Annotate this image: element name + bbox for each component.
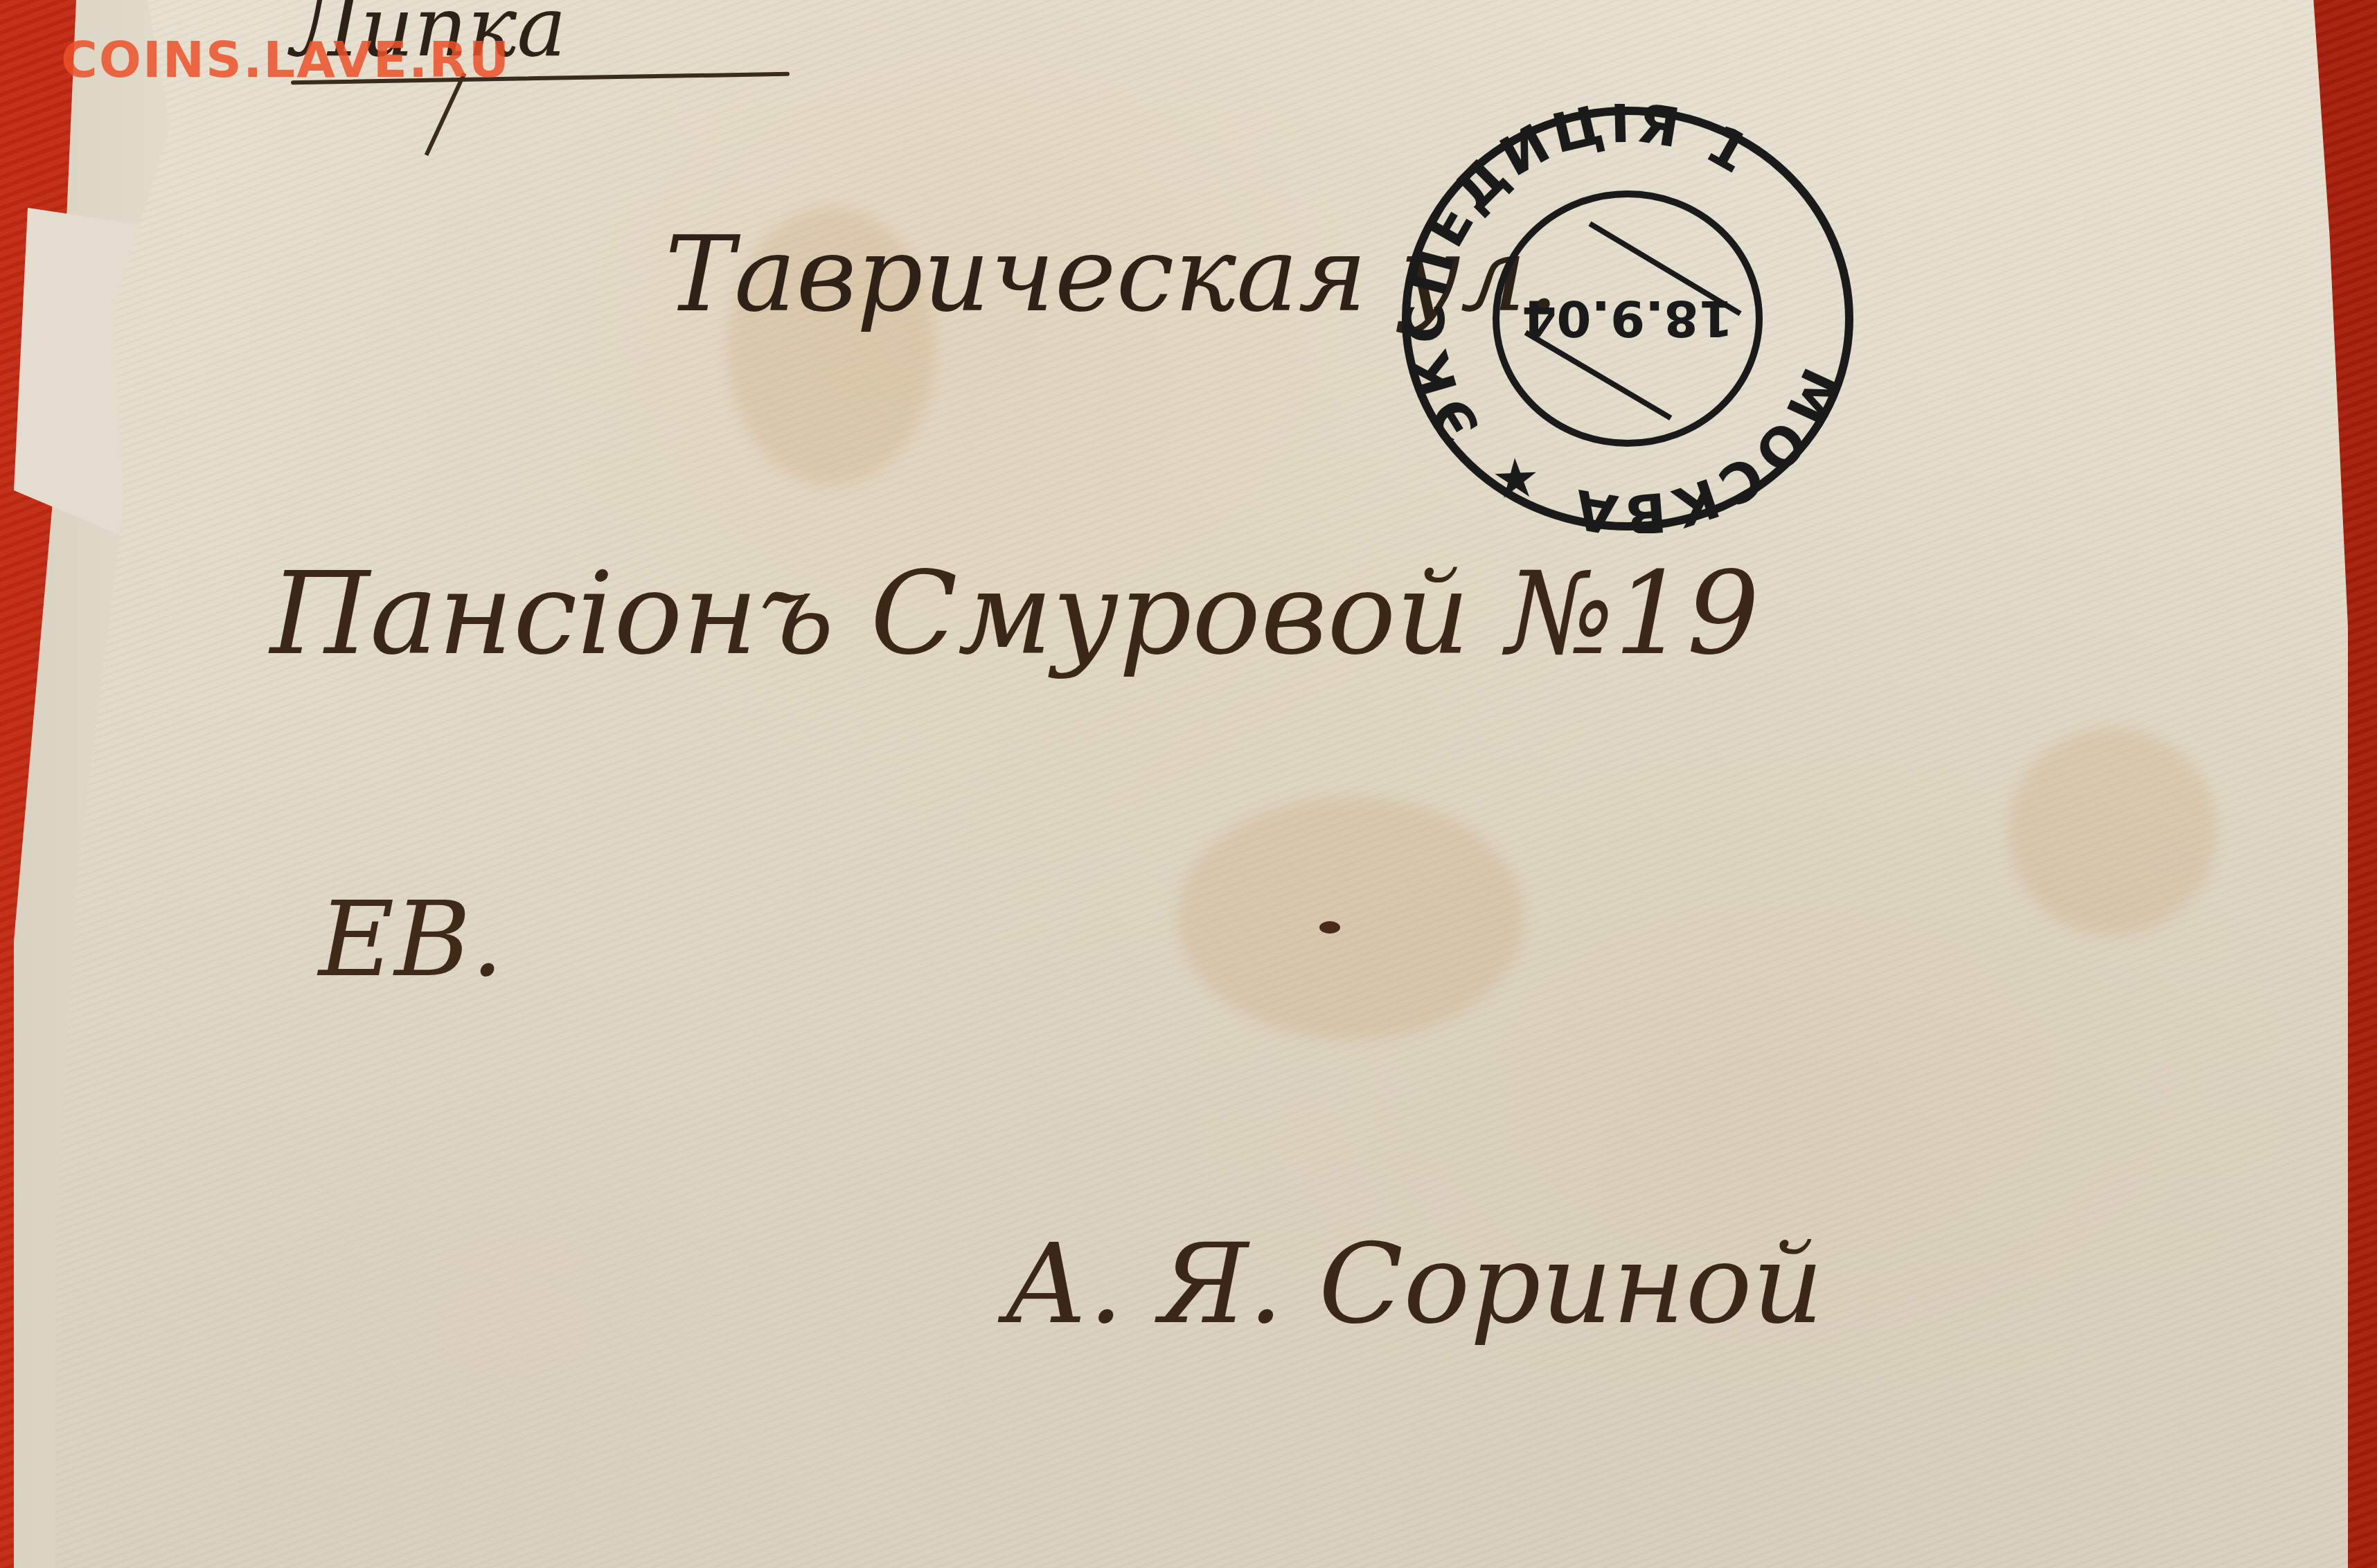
site-watermark: COINS.LAVE.RU xyxy=(61,30,510,89)
postmark-office: ЭКСПЕДИЦІЯ 1 xyxy=(1395,104,1763,453)
address-honorific: ЕВ. xyxy=(319,880,504,1000)
stain xyxy=(1177,796,1524,1039)
stain xyxy=(2009,727,2216,935)
address-pension: Пансіонъ Смуровой №19 xyxy=(270,547,1759,680)
address-recipient: А. Я. Сориной xyxy=(1004,1219,1824,1348)
postmark-date: 18.9.04 xyxy=(1522,289,1733,348)
ink-spot xyxy=(1319,921,1340,934)
moscow-postmark: МОСКВА ★ ЭКСПЕДИЦІЯ 1 18.9.04 xyxy=(1392,104,1863,533)
